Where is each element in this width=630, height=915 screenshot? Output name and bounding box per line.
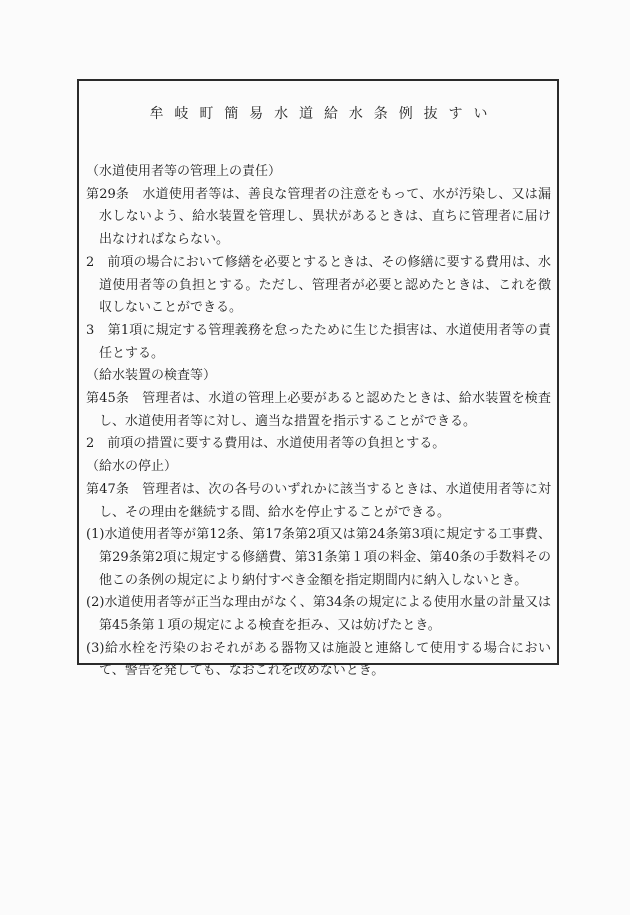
document-frame: 牟岐町簡易水道給水条例抜すい （水道使用者等の管理上の責任） 第29条 水道使用… xyxy=(77,79,559,665)
article-45-paragraph-1: 第45条 管理者は、水道の管理上必要があると認めたときは、給水装置を検査し、水道… xyxy=(86,388,551,433)
article-29-paragraph-2: 2 前項の場合において修繕を必要とするときは、その修繕に要する費用は、水道使用者… xyxy=(86,252,551,320)
section-heading-management-responsibility: （水道使用者等の管理上の責任） xyxy=(86,161,551,184)
article-45-paragraph-2: 2 前項の措置に要する費用は、水道使用者等の負担とする。 xyxy=(86,433,551,456)
document-body: （水道使用者等の管理上の責任） 第29条 水道使用者等は、善良な管理者の注意をも… xyxy=(86,161,551,683)
section-heading-suspension: （給水の停止） xyxy=(86,456,551,479)
document-title: 牟岐町簡易水道給水条例抜すい xyxy=(86,103,551,126)
document-page: 牟岐町簡易水道給水条例抜すい （水道使用者等の管理上の責任） 第29条 水道使用… xyxy=(0,0,630,915)
article-47-item-2: (2)水道使用者等が正当な理由がなく、第34条の規定による使用水量の計量又は第4… xyxy=(86,592,551,637)
article-29-paragraph-3: 3 第1項に規定する管理義務を怠ったために生じた損害は、水道使用者等の責任とする… xyxy=(86,320,551,365)
article-47-item-1: (1)水道使用者等が第12条、第17条第2項又は第24条第3項に規定する工事費、… xyxy=(86,524,551,592)
article-29-paragraph-1: 第29条 水道使用者等は、善良な管理者の注意をもって、水が汚染し、又は漏水しない… xyxy=(86,184,551,252)
article-47-item-3: (3)給水栓を汚染のおそれがある器物又は施設と連絡して使用する場合において、警告… xyxy=(86,638,551,683)
section-heading-inspection: （給水装置の検査等） xyxy=(86,365,551,388)
article-47-paragraph-1: 第47条 管理者は、次の各号のいずれかに該当するときは、水道使用者等に対し、その… xyxy=(86,479,551,524)
